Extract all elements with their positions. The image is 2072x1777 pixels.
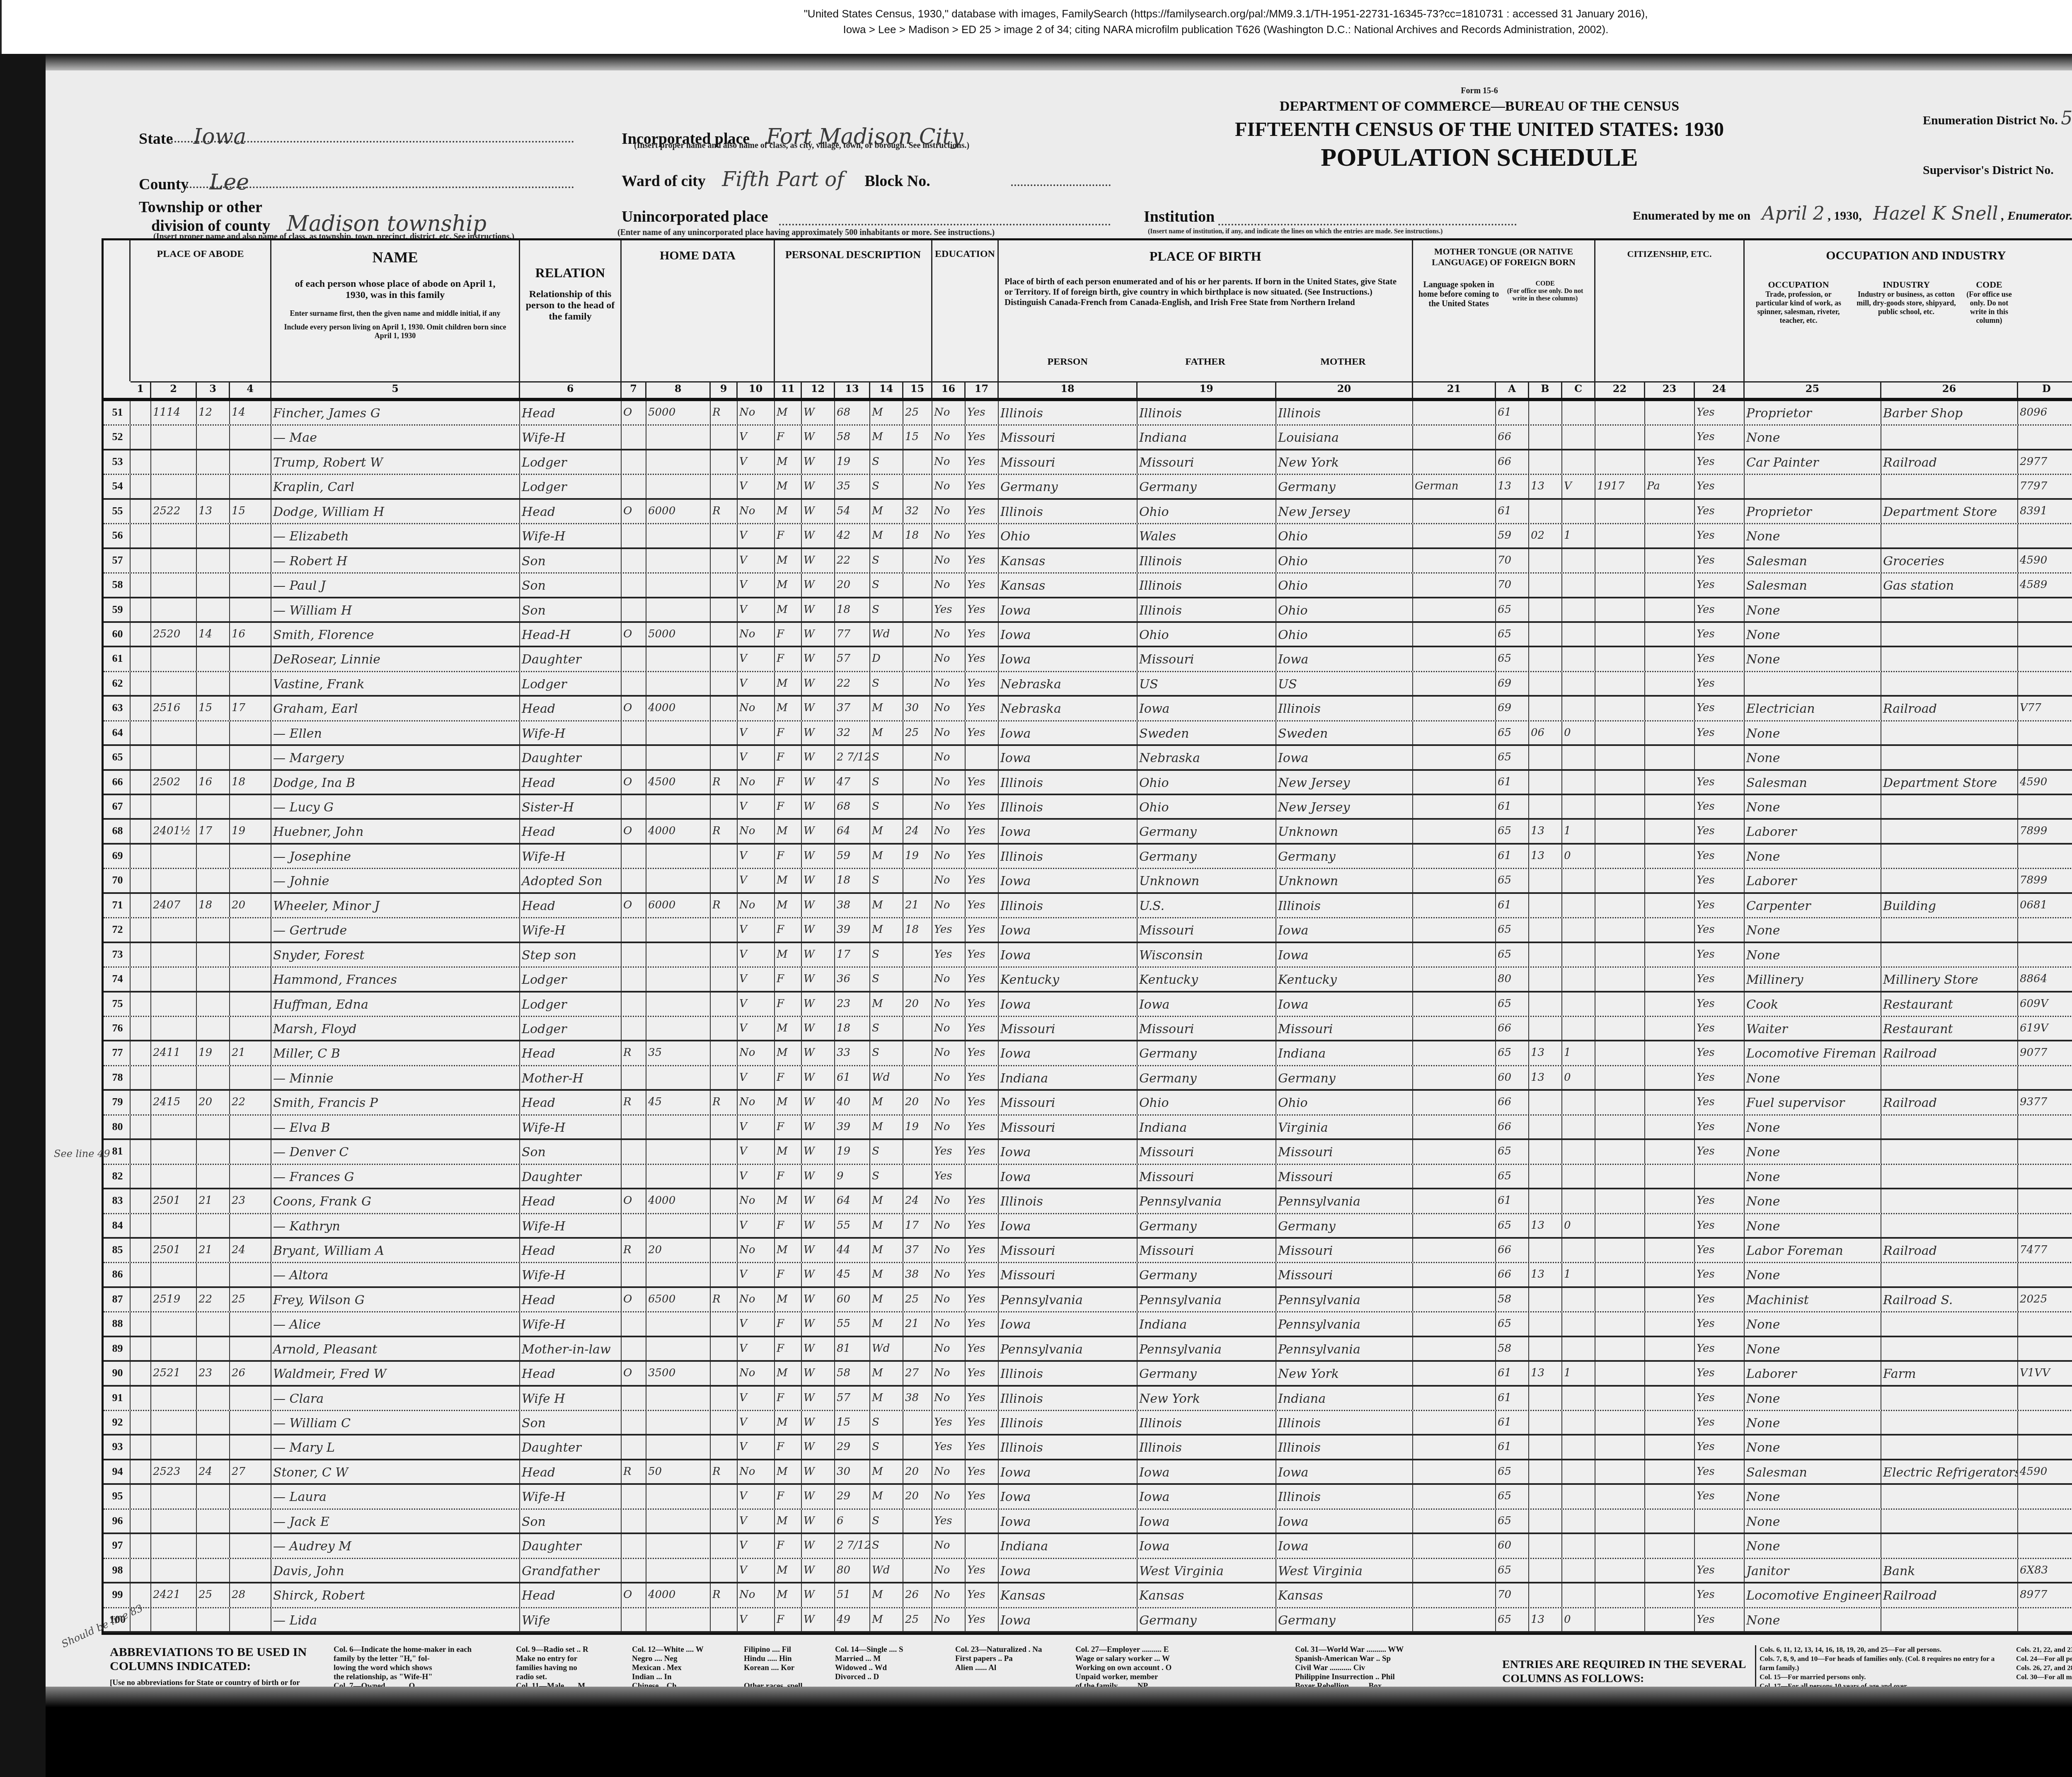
cell-farm-residence: V [738, 598, 775, 621]
table-row: 6625021618Dodge, Ina BHeadO4500RNoFW47SN… [104, 771, 2072, 795]
cell-industry: Restaurant [1881, 993, 2018, 1016]
cell-can-read-write: Yes [966, 1189, 999, 1213]
table-row: 80— Elva BWife-HVFW39M19NoYesMissouriInd… [104, 1116, 2072, 1140]
cell-birthplace-father: Missouri [1138, 918, 1276, 941]
cell-code-d [2018, 524, 2072, 547]
cell-sex: M [775, 1140, 802, 1163]
cell-marital-status: M [870, 1116, 903, 1138]
cell-industry [1881, 623, 2018, 646]
cell-code-d: 9377 [2018, 1091, 2072, 1114]
cell-age-at-marriage: 38 [903, 1387, 932, 1410]
name-desc-2: Enter surname first, then the given name… [284, 309, 506, 318]
cell-birthplace-mother: Indiana [1276, 1387, 1413, 1410]
cell-age-at-marriage [903, 647, 932, 671]
cell-home-value [646, 1140, 711, 1163]
cell-code-d [2018, 746, 2072, 769]
father-subheader: FATHER [1136, 356, 1274, 368]
cell-age-at-marriage [903, 795, 932, 818]
cell-can-read-write: Yes [966, 623, 999, 646]
cell-school-attendance: No [932, 1362, 966, 1385]
cell-person-name: Arnold, Pleasant [271, 1337, 520, 1360]
cell-school-attendance: No [932, 968, 966, 990]
cell-school-attendance: No [932, 1460, 966, 1483]
table-row: 54Kraplin, CarlLodgerVMW35SNoYesGermanyG… [104, 475, 2072, 499]
cell-mother-tongue [1413, 1091, 1496, 1114]
cell-can-read-write: Yes [966, 500, 999, 523]
cell-sex: F [775, 426, 802, 448]
cell-code-d: 7477 [2018, 1239, 2072, 1262]
cell-street [131, 869, 151, 892]
cell-mother-tongue [1413, 918, 1496, 941]
cell-birthplace-father: US [1138, 672, 1276, 695]
cell-code-b [1529, 1460, 1562, 1483]
table-row: 75Huffman, EdnaLodgerVFW23M20NoYesIowaIo… [104, 993, 2072, 1017]
cell-sex: M [775, 1017, 802, 1040]
column-number-street: 1 [131, 381, 151, 398]
cell-birthplace-person: Illinois [999, 771, 1138, 794]
cell-mother-tongue [1413, 1411, 1496, 1434]
cell-radio-set [711, 1608, 738, 1631]
cell-code-c [1562, 672, 1595, 695]
cell-birthplace-father: Unknown [1138, 869, 1276, 892]
cell-radio-set [711, 426, 738, 448]
cell-relation: Adopted Son [520, 869, 622, 892]
cell-relation: Daughter [520, 746, 622, 769]
cell-school-attendance: No [932, 450, 966, 474]
cell-birthplace-mother: Missouri [1276, 1165, 1413, 1188]
cell-code-d: 9077 [2018, 1041, 2072, 1065]
birth-desc: Place of birth of each person enumerated… [1005, 276, 1406, 307]
cell-speaks-english: Yes [1695, 1485, 1745, 1508]
cell-dwelling-number [197, 1263, 230, 1286]
cell-family-number [230, 1510, 271, 1532]
table-row: 64— EllenWife-HVFW32M25NoYesIowaSwedenSw… [104, 721, 2072, 746]
cell-radio-set [711, 549, 738, 572]
cell-industry [1881, 1066, 2018, 1089]
cell-code-a: 65 [1496, 1485, 1529, 1508]
cell-street [131, 943, 151, 966]
cell-birthplace-father: U.S. [1138, 894, 1276, 917]
cell-code-a: 65 [1496, 1312, 1529, 1335]
cell-radio-set [711, 1312, 738, 1335]
cell-relation: Grandfather [520, 1559, 622, 1582]
cell-line-number: 95 [104, 1485, 131, 1508]
cell-age: 42 [835, 524, 870, 547]
table-row: 96— Jack ESonVMW6SYesIowaIowaIowa65None9… [104, 1510, 2072, 1534]
table-row: 69— JosephineWife-HVFW59M19NoYesIllinois… [104, 845, 2072, 869]
cell-code-a: 61 [1496, 894, 1529, 917]
cell-farm-residence: V [738, 426, 775, 448]
enumerator-label: , Enumerator. [2001, 209, 2072, 223]
cell-dwelling-number: 13 [197, 500, 230, 523]
relation-desc: Relationship of this person to the head … [524, 289, 616, 322]
cell-dwelling-number [197, 524, 230, 547]
cell-school-attendance: No [932, 524, 966, 547]
cell-sex: F [775, 771, 802, 794]
cell-dwelling-number: 18 [197, 894, 230, 917]
cell-occupation: Electrician [1745, 697, 1881, 720]
table-row: 9924212528Shirck, RobertHeadO4000RNoMW51… [104, 1583, 2072, 1608]
cell-dwelling-number [197, 1312, 230, 1335]
cell-street [131, 475, 151, 498]
cell-radio-set [711, 869, 738, 892]
cell-code-c [1562, 1337, 1595, 1360]
cell-line-number: 80 [104, 1116, 131, 1138]
cell-immigration-year: 1917 [1595, 475, 1645, 498]
cell-radio-set [711, 993, 738, 1016]
cell-birthplace-mother: Illinois [1276, 1411, 1413, 1434]
cell-line-number: 89 [104, 1337, 131, 1360]
cell-marital-status: S [870, 943, 903, 966]
cell-age: 29 [835, 1485, 870, 1508]
department-heading: DEPARTMENT OF COMMERCE—BUREAU OF THE CEN… [1169, 99, 1790, 114]
institution-underline [1218, 224, 1517, 225]
unincorporated-label: Unincorporated place [622, 208, 768, 225]
cell-age-at-marriage [903, 598, 932, 621]
cell-age: 20 [835, 574, 870, 596]
personal-label: PERSONAL DESCRIPTION [785, 249, 921, 261]
cell-radio-set [711, 1436, 738, 1458]
cell-speaks-english: Yes [1695, 1460, 1745, 1483]
cell-relation: Wife-H [520, 1312, 622, 1335]
cell-industry [1881, 1534, 2018, 1557]
cell-mother-tongue [1413, 647, 1496, 671]
cell-birthplace-mother: Ohio [1276, 598, 1413, 621]
cell-birthplace-person: Iowa [999, 746, 1138, 769]
cell-radio-set [711, 1337, 738, 1360]
supervisor-district-field: Supervisor's District No. 15 [1923, 157, 2072, 179]
cell-immigration-year [1595, 672, 1645, 695]
cell-street [131, 598, 151, 621]
cell-occupation: None [1745, 795, 1881, 818]
cell-radio-set [711, 574, 738, 596]
cell-birthplace-father: Missouri [1138, 1165, 1276, 1188]
cell-mother-tongue [1413, 820, 1496, 843]
cell-age: 58 [835, 426, 870, 448]
cell-sex: M [775, 894, 802, 917]
cell-sex: F [775, 1312, 802, 1335]
cell-dwelling-number [197, 1608, 230, 1631]
cell-can-read-write: Yes [966, 1608, 999, 1631]
cell-naturalization [1645, 1337, 1695, 1360]
cell-birthplace-person: Missouri [999, 1263, 1138, 1286]
industry-label: INDUSTRY [1852, 279, 1960, 290]
cell-naturalization [1645, 401, 1695, 424]
column-number-immigration-year: 22 [1595, 381, 1645, 398]
unincorporated-hint: (Enter name of any unincorporated place … [617, 228, 995, 237]
cell-code-b [1529, 1436, 1562, 1458]
cell-marital-status: S [870, 549, 903, 572]
table-row: 9025212326Waldmeir, Fred WHeadO3500NoMW5… [104, 1362, 2072, 1386]
cell-code-d [2018, 1534, 2072, 1557]
cell-relation: Son [520, 1140, 622, 1163]
cell-mother-tongue [1413, 795, 1496, 818]
cell-code-c: 1 [1562, 820, 1595, 843]
cell-code-d [2018, 1189, 2072, 1213]
cell-radio-set [711, 1559, 738, 1582]
cell-birthplace-person: Germany [999, 475, 1138, 498]
name-header: NAME of each person whose place of abode… [271, 240, 520, 381]
cell-age-at-marriage [903, 968, 932, 990]
cell-dwelling-number: 21 [197, 1239, 230, 1262]
cell-marital-status: S [870, 771, 903, 794]
cell-code-c [1562, 1165, 1595, 1188]
cell-family-number: 18 [230, 771, 271, 794]
column-number-person-name: 5 [271, 381, 520, 398]
cell-birthplace-person: Iowa [999, 1140, 1138, 1163]
cell-sex: F [775, 795, 802, 818]
cell-age: 40 [835, 1091, 870, 1114]
table-row: 72— GertrudeWife-HVFW39M18YesYesIowaMiss… [104, 918, 2072, 943]
cell-code-a: 61 [1496, 1189, 1529, 1213]
cell-age-at-marriage: 24 [903, 820, 932, 843]
cell-radio-set: R [711, 1091, 738, 1114]
cell-race: W [802, 845, 835, 868]
cell-industry [1881, 918, 2018, 941]
cell-code-d [2018, 623, 2072, 646]
cell-mother-tongue [1413, 623, 1496, 646]
cell-dwelling-number [197, 549, 230, 572]
cell-marital-status: S [870, 450, 903, 474]
cell-street [131, 993, 151, 1016]
cell-farm-residence: V [738, 574, 775, 596]
cell-home-owned [622, 721, 646, 744]
cell-speaks-english: Yes [1695, 697, 1745, 720]
cell-family-number: 20 [230, 894, 271, 917]
cell-house-number: 2522 [151, 500, 197, 523]
cell-age: 55 [835, 1214, 870, 1237]
cell-industry [1881, 943, 2018, 966]
column-number-naturalization: 23 [1645, 381, 1695, 398]
cell-speaks-english: Yes [1695, 623, 1745, 646]
cell-speaks-english: Yes [1695, 1337, 1745, 1360]
cell-naturalization [1645, 524, 1695, 547]
cell-house-number [151, 721, 197, 744]
cell-home-owned [622, 574, 646, 596]
cell-birthplace-mother: Germany [1276, 1066, 1413, 1089]
cell-age: 32 [835, 721, 870, 744]
cell-radio-set [711, 1485, 738, 1508]
cell-person-name: — Elizabeth [271, 524, 520, 547]
cell-street [131, 647, 151, 671]
cell-race: W [802, 672, 835, 695]
column-number-birthplace-person: 18 [999, 381, 1138, 398]
cell-radio-set [711, 1362, 738, 1385]
cell-house-number [151, 1510, 197, 1532]
cell-house-number [151, 795, 197, 818]
cell-birthplace-person: Illinois [999, 1362, 1138, 1385]
cell-speaks-english: Yes [1695, 524, 1745, 547]
cell-age: 49 [835, 1608, 870, 1631]
cell-mother-tongue [1413, 1165, 1496, 1188]
cell-naturalization [1645, 697, 1695, 720]
cell-code-b [1529, 623, 1562, 646]
cell-naturalization [1645, 549, 1695, 572]
cell-code-d: 2025 [2018, 1288, 2072, 1311]
cell-person-name: Huffman, Edna [271, 993, 520, 1016]
cell-age: 68 [835, 795, 870, 818]
cell-race: W [802, 820, 835, 843]
cell-radio-set [711, 1066, 738, 1089]
cell-immigration-year [1595, 746, 1645, 769]
column-number-home-value: 8 [646, 381, 711, 398]
cell-industry: Department Store [1881, 500, 2018, 523]
cell-street [131, 1534, 151, 1557]
cell-age: 45 [835, 1263, 870, 1286]
cell-sex: M [775, 450, 802, 474]
cell-birthplace-father: Germany [1138, 1041, 1276, 1065]
cell-person-name: Marsh, Floyd [271, 1017, 520, 1040]
cell-occupation: Salesman [1745, 549, 1881, 572]
enumerated-year: , 1930, [1828, 209, 1862, 223]
cell-age-at-marriage: 17 [903, 1214, 932, 1237]
cell-relation: Lodger [520, 475, 622, 498]
cell-sex: M [775, 1288, 802, 1311]
cell-line-number: 62 [104, 672, 131, 695]
cell-immigration-year [1595, 1312, 1645, 1335]
cell-race: W [802, 1485, 835, 1508]
cell-speaks-english: Yes [1695, 1288, 1745, 1311]
cell-marital-status: M [870, 500, 903, 523]
cell-sex: M [775, 820, 802, 843]
cell-immigration-year [1595, 450, 1645, 474]
cell-occupation: None [1745, 1337, 1881, 1360]
cell-code-c [1562, 697, 1595, 720]
cell-person-name: Davis, John [271, 1559, 520, 1582]
cell-birthplace-person: Pennsylvania [999, 1288, 1138, 1311]
cell-marital-status: M [870, 918, 903, 941]
cell-birthplace-father: Wisconsin [1138, 943, 1276, 966]
cell-code-c [1562, 1534, 1595, 1557]
cell-radio-set [711, 1510, 738, 1532]
cell-birthplace-mother: Kentucky [1276, 968, 1413, 990]
cell-code-d: V77 [2018, 697, 2072, 720]
cell-naturalization [1645, 845, 1695, 868]
cell-occupation: Fuel supervisor [1745, 1091, 1881, 1114]
cell-immigration-year [1595, 1608, 1645, 1631]
cell-dwelling-number [197, 1436, 230, 1458]
cell-birthplace-mother: Louisiana [1276, 426, 1413, 448]
cell-sex: M [775, 1583, 802, 1607]
cell-speaks-english: Yes [1695, 1091, 1745, 1114]
cell-birthplace-mother: Iowa [1276, 993, 1413, 1016]
cell-sex: M [775, 869, 802, 892]
table-row: 56— ElizabethWife-HVFW42M18NoYesOhioWale… [104, 524, 2072, 549]
cell-line-number: 79 [104, 1091, 131, 1114]
cell-birthplace-mother: Germany [1276, 475, 1413, 498]
column-number-industry: 26 [1881, 381, 2018, 398]
cell-street [131, 746, 151, 769]
cell-family-number [230, 968, 271, 990]
cell-marital-status: S [870, 1534, 903, 1557]
cell-birthplace-person: Iowa [999, 918, 1138, 941]
cell-street [131, 401, 151, 424]
cell-house-number: 2501 [151, 1189, 197, 1213]
cell-birthplace-mother: Ohio [1276, 549, 1413, 572]
cell-code-b: 13 [1529, 1214, 1562, 1237]
cell-home-value [646, 647, 711, 671]
cell-naturalization [1645, 721, 1695, 744]
cell-street [131, 1017, 151, 1040]
cell-naturalization [1645, 1559, 1695, 1582]
cell-house-number [151, 746, 197, 769]
cell-code-b: 13 [1529, 1066, 1562, 1089]
cell-farm-residence: V [738, 943, 775, 966]
cell-code-c [1562, 500, 1595, 523]
cell-line-number: 84 [104, 1214, 131, 1237]
cell-age-at-marriage [903, 450, 932, 474]
citation-line-1: "United States Census, 1930," database w… [2, 6, 2072, 22]
cell-naturalization [1645, 1436, 1695, 1458]
cell-family-number [230, 524, 271, 547]
cell-school-attendance: No [932, 1116, 966, 1138]
cell-home-value: 6000 [646, 500, 711, 523]
cell-code-b [1529, 1116, 1562, 1138]
cell-can-read-write: Yes [966, 1140, 999, 1163]
cell-person-name: — Minnie [271, 1066, 520, 1089]
county-value: Lee [209, 170, 249, 195]
cell-age: 68 [835, 401, 870, 424]
cell-age: 22 [835, 672, 870, 695]
state-value: Iowa [194, 124, 246, 149]
cell-home-owned [622, 845, 646, 868]
cell-code-b [1529, 1091, 1562, 1114]
cell-age-at-marriage: 19 [903, 1116, 932, 1138]
cell-school-attendance: No [932, 845, 966, 868]
cell-street [131, 1312, 151, 1335]
cell-age-at-marriage [903, 549, 932, 572]
cell-race: W [802, 795, 835, 818]
cell-line-number: 98 [104, 1559, 131, 1582]
cell-birthplace-mother: Pennsylvania [1276, 1337, 1413, 1360]
cell-street [131, 450, 151, 474]
cell-naturalization [1645, 869, 1695, 892]
cell-house-number [151, 943, 197, 966]
cell-sex: M [775, 475, 802, 498]
cell-dwelling-number [197, 598, 230, 621]
cell-home-owned [622, 1165, 646, 1188]
cell-sex: M [775, 697, 802, 720]
cell-occupation: Laborer [1745, 869, 1881, 892]
cell-code-c [1562, 993, 1595, 1016]
cell-house-number [151, 1485, 197, 1508]
cell-code-a: 61 [1496, 500, 1529, 523]
cell-code-b [1529, 1239, 1562, 1262]
cell-radio-set: R [711, 401, 738, 424]
cell-person-name: Wheeler, Minor J [271, 894, 520, 917]
cell-person-name: Waldmeir, Fred W [271, 1362, 520, 1385]
cell-street [131, 845, 151, 868]
cell-birthplace-father: Ohio [1138, 623, 1276, 646]
cell-birthplace-mother: New Jersey [1276, 771, 1413, 794]
cell-birthplace-person: Iowa [999, 1608, 1138, 1631]
cell-occupation: None [1745, 524, 1881, 547]
table-row: 9425232427Stoner, C WHeadR50RNoMW30M20No… [104, 1460, 2072, 1485]
film-shadow-bottom [46, 1687, 2072, 1707]
cell-occupation [1745, 475, 1881, 498]
cell-code-b: 13 [1529, 1608, 1562, 1631]
cell-age: 29 [835, 1436, 870, 1458]
cell-code-c [1562, 869, 1595, 892]
cell-code-a: 65 [1496, 1041, 1529, 1065]
cell-occupation: None [1745, 426, 1881, 448]
cell-occupation: None [1745, 943, 1881, 966]
cell-code-d: 619V [2018, 1017, 2072, 1040]
cell-immigration-year [1595, 869, 1645, 892]
cell-birthplace-mother: New York [1276, 450, 1413, 474]
cell-immigration-year [1595, 968, 1645, 990]
cell-code-b: 13 [1529, 845, 1562, 868]
